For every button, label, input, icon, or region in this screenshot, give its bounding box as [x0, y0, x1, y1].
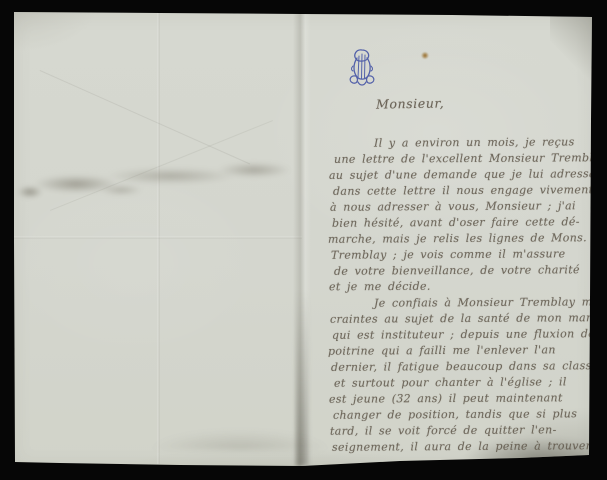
letter-line: dans cette lettre il nous engage vivemen… — [333, 184, 593, 197]
letter-line: de votre bienveillance, de votre charité — [334, 264, 580, 277]
letter-line: Tremblay ; je vois comme il m'assure — [331, 248, 565, 260]
letter-line: bien hésité, avant d'oser faire cette dé… — [332, 216, 580, 229]
letter-line: une lettre de l'excellent Monsieur Tremb… — [334, 152, 607, 165]
corner-fold-shadow — [550, 13, 592, 85]
bottom-wrinkle — [150, 430, 330, 450]
letter-paper: Monsieur, Il y a environ un mois, je reç… — [0, 0, 607, 480]
scanned-letter-view: Monsieur, Il y a environ un mois, je reç… — [0, 0, 607, 480]
letter-line: seignement, il aura de la peine à trouve… — [332, 440, 594, 453]
letter-line: tard, il se voit forcé de quitter l'en- — [330, 424, 557, 436]
letter-line: Il y a environ un mois, je reçus — [374, 136, 575, 148]
letter-line: changer de position, tandis que si plus — [333, 408, 577, 420]
letter-line: Je confiais à Monsieur Tremblay mes — [374, 296, 605, 308]
horizontal-crease — [14, 236, 302, 239]
letter-salutation: Monsieur, — [376, 97, 444, 111]
letter-line: craintes au sujet de la santé de mon mar… — [330, 312, 596, 325]
ink-smudge-stain — [16, 146, 302, 210]
letter-line: au sujet d'une demande que je lui adress… — [329, 168, 607, 181]
foxing-spot — [421, 52, 429, 59]
letter-line: qui est instituteur ; depuis une fluxion… — [332, 328, 595, 341]
letter-line: marche, mais je relis les lignes de Mons… — [328, 232, 587, 245]
letter-line: dernier, il fatigue beaucoup dans sa cla… — [331, 360, 598, 373]
letter-line: poitrine qui a failli me l'enlever l'an — [328, 344, 556, 356]
letter-line: à nous adresser à vous, Monsieur ; j'ai — [330, 200, 576, 213]
monogram-stamp-icon — [345, 46, 379, 88]
letter-line: et je me décide. — [329, 281, 431, 293]
letter-line: est jeune (32 ans) il peut maintenant — [329, 392, 563, 404]
letter-line: et surtout pour chanter à l'église ; il — [334, 376, 567, 388]
